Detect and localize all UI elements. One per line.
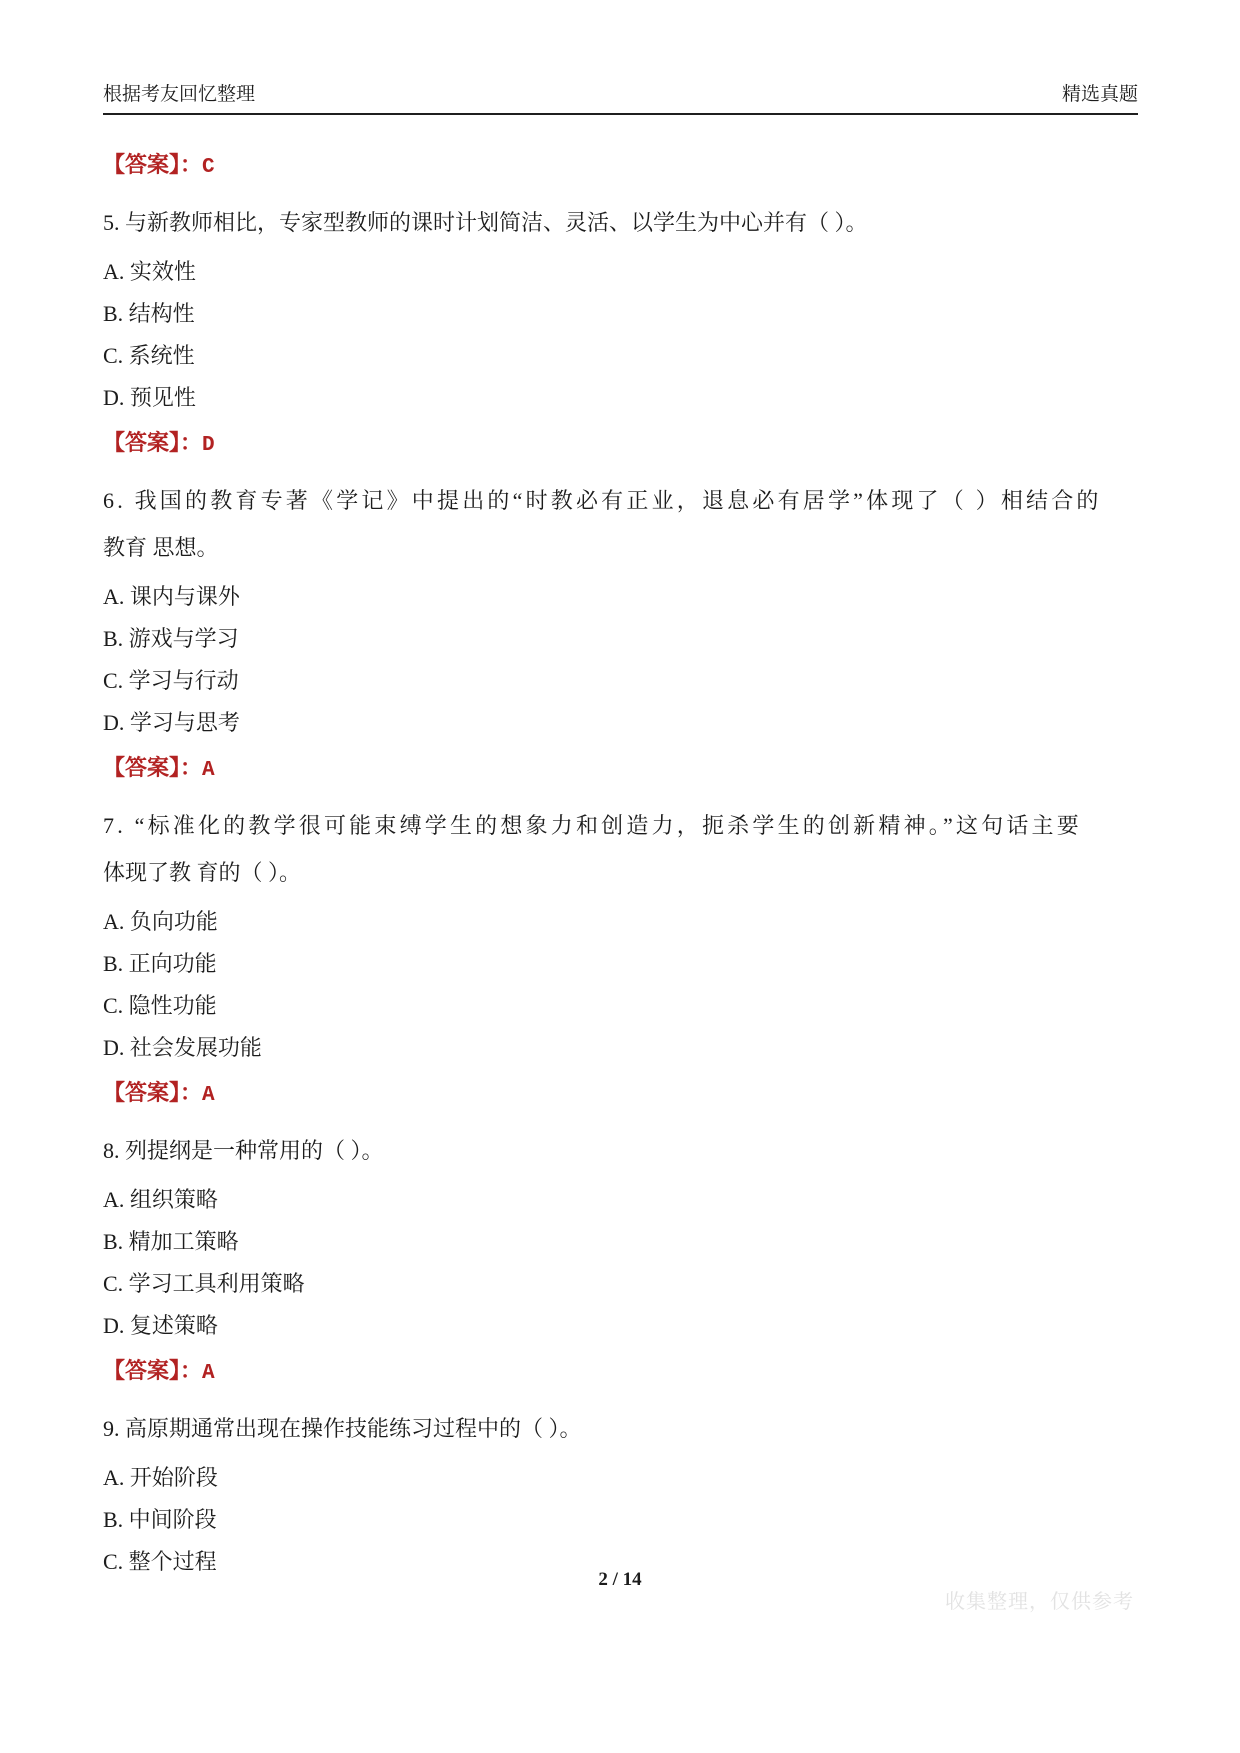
question-line: 教育 思想。: [103, 524, 1137, 571]
answer-line-q5: 【答案】：D: [103, 422, 1137, 467]
answer-line-q7: 【答案】：A: [103, 1072, 1137, 1117]
question-text-8: 8. 列提纲是一种常用的（ ）。: [103, 1127, 1137, 1174]
option-5-b: B. 结构性: [103, 293, 1137, 335]
option-5-d: D. 预见性: [103, 377, 1137, 419]
option-9-a: A. 开始阶段: [103, 1457, 1137, 1499]
question-line: 7. “标准化的教学很可能束缚学生的想象力和创造力，扼杀学生的创新精神。”这句话…: [103, 802, 1137, 849]
option-6-b: B. 游戏与学习: [103, 618, 1137, 660]
answer-letter: C: [202, 156, 216, 179]
question-line: 体现了教 育的（ ）。: [103, 849, 1137, 896]
question-block-6: 6. 我国的教育专著《学记》中提出的“时教必有正业，退息必有居学”体现了（ ）相…: [103, 477, 1137, 792]
answer-letter: A: [202, 1362, 216, 1385]
option-7-a: A. 负向功能: [103, 901, 1137, 943]
option-6-a: A. 课内与课外: [103, 576, 1137, 618]
question-text-9: 9. 高原期通常出现在操作技能练习过程中的（ ）。: [103, 1405, 1137, 1452]
question-text-5: 5. 与新教师相比，专家型教师的课时计划简洁、灵活、以学生为中心并有（ ）。: [103, 199, 1137, 246]
question-block-7: 7. “标准化的教学很可能束缚学生的想象力和创造力，扼杀学生的创新精神。”这句话…: [103, 802, 1137, 1117]
question-line: 5. 与新教师相比，专家型教师的课时计划简洁、灵活、以学生为中心并有（ ）。: [103, 199, 1137, 246]
page-number: 2 / 14: [0, 1568, 1240, 1592]
option-6-c: C. 学习与行动: [103, 660, 1137, 702]
option-8-c: C. 学习工具利用策略: [103, 1263, 1137, 1305]
watermark-text: 收集整理，仅供参考: [945, 1591, 1134, 1613]
question-block-5: 5. 与新教师相比，专家型教师的课时计划简洁、灵活、以学生为中心并有（ ）。 A…: [103, 199, 1137, 467]
answer-line-q4: 【答案】：C: [103, 144, 1137, 189]
question-text-6: 6. 我国的教育专著《学记》中提出的“时教必有正业，退息必有居学”体现了（ ）相…: [103, 477, 1137, 571]
answer-label: 【答案】：: [103, 755, 202, 780]
option-7-b: B. 正向功能: [103, 943, 1137, 985]
answer-label: 【答案】：: [103, 430, 202, 455]
question-text-7: 7. “标准化的教学很可能束缚学生的想象力和创造力，扼杀学生的创新精神。”这句话…: [103, 802, 1137, 896]
option-7-c: C. 隐性功能: [103, 985, 1137, 1027]
option-5-a: A. 实效性: [103, 251, 1137, 293]
answer-label: 【答案】：: [103, 1080, 202, 1105]
option-5-c: C. 系统性: [103, 335, 1137, 377]
answer-line-q6: 【答案】：A: [103, 747, 1137, 792]
question-line: 8. 列提纲是一种常用的（ ）。: [103, 1127, 1137, 1174]
option-8-a: A. 组织策略: [103, 1179, 1137, 1221]
question-line: 6. 我国的教育专著《学记》中提出的“时教必有正业，退息必有居学”体现了（ ）相…: [103, 477, 1137, 524]
answer-label: 【答案】：: [103, 152, 202, 177]
option-9-b: B. 中间阶段: [103, 1499, 1137, 1541]
option-6-d: D. 学习与思考: [103, 702, 1137, 744]
option-8-d: D. 复述策略: [103, 1305, 1137, 1347]
answer-letter: D: [202, 434, 216, 457]
question-line: 9. 高原期通常出现在操作技能练习过程中的（ ）。: [103, 1405, 1137, 1452]
answer-line-q8: 【答案】：A: [103, 1350, 1137, 1395]
exam-document-page: 根据考友回忆整理 精选真题 【答案】：C 5. 与新教师相比，专家型教师的课时计…: [0, 0, 1240, 1753]
answer-label: 【答案】：: [103, 1358, 202, 1383]
option-7-d: D. 社会发展功能: [103, 1027, 1137, 1069]
answer-letter: A: [202, 759, 216, 782]
answer-letter: A: [202, 1084, 216, 1107]
question-block-8: 8. 列提纲是一种常用的（ ）。 A. 组织策略 B. 精加工策略 C. 学习工…: [103, 1127, 1137, 1395]
exam-content: 【答案】：C 5. 与新教师相比，专家型教师的课时计划简洁、灵活、以学生为中心并…: [103, 0, 1137, 1583]
question-block-9: 9. 高原期通常出现在操作技能练习过程中的（ ）。 A. 开始阶段 B. 中间阶…: [103, 1405, 1137, 1583]
option-8-b: B. 精加工策略: [103, 1221, 1137, 1263]
